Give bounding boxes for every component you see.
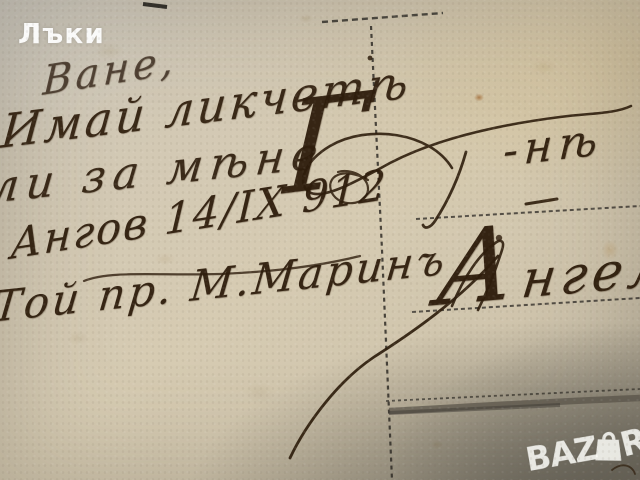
address-line-top [322,13,443,22]
hyphen-stroke [526,199,557,204]
postcard-photo: Ване, Имай ликчетѣ ли за мѣне Ангов 14/I… [0,0,640,480]
signature-text: Ангелъ [432,200,640,318]
corner-dash-mark [143,4,167,7]
corner-hairline-stroke [612,465,635,474]
seller-watermark: Лъки [18,17,105,50]
